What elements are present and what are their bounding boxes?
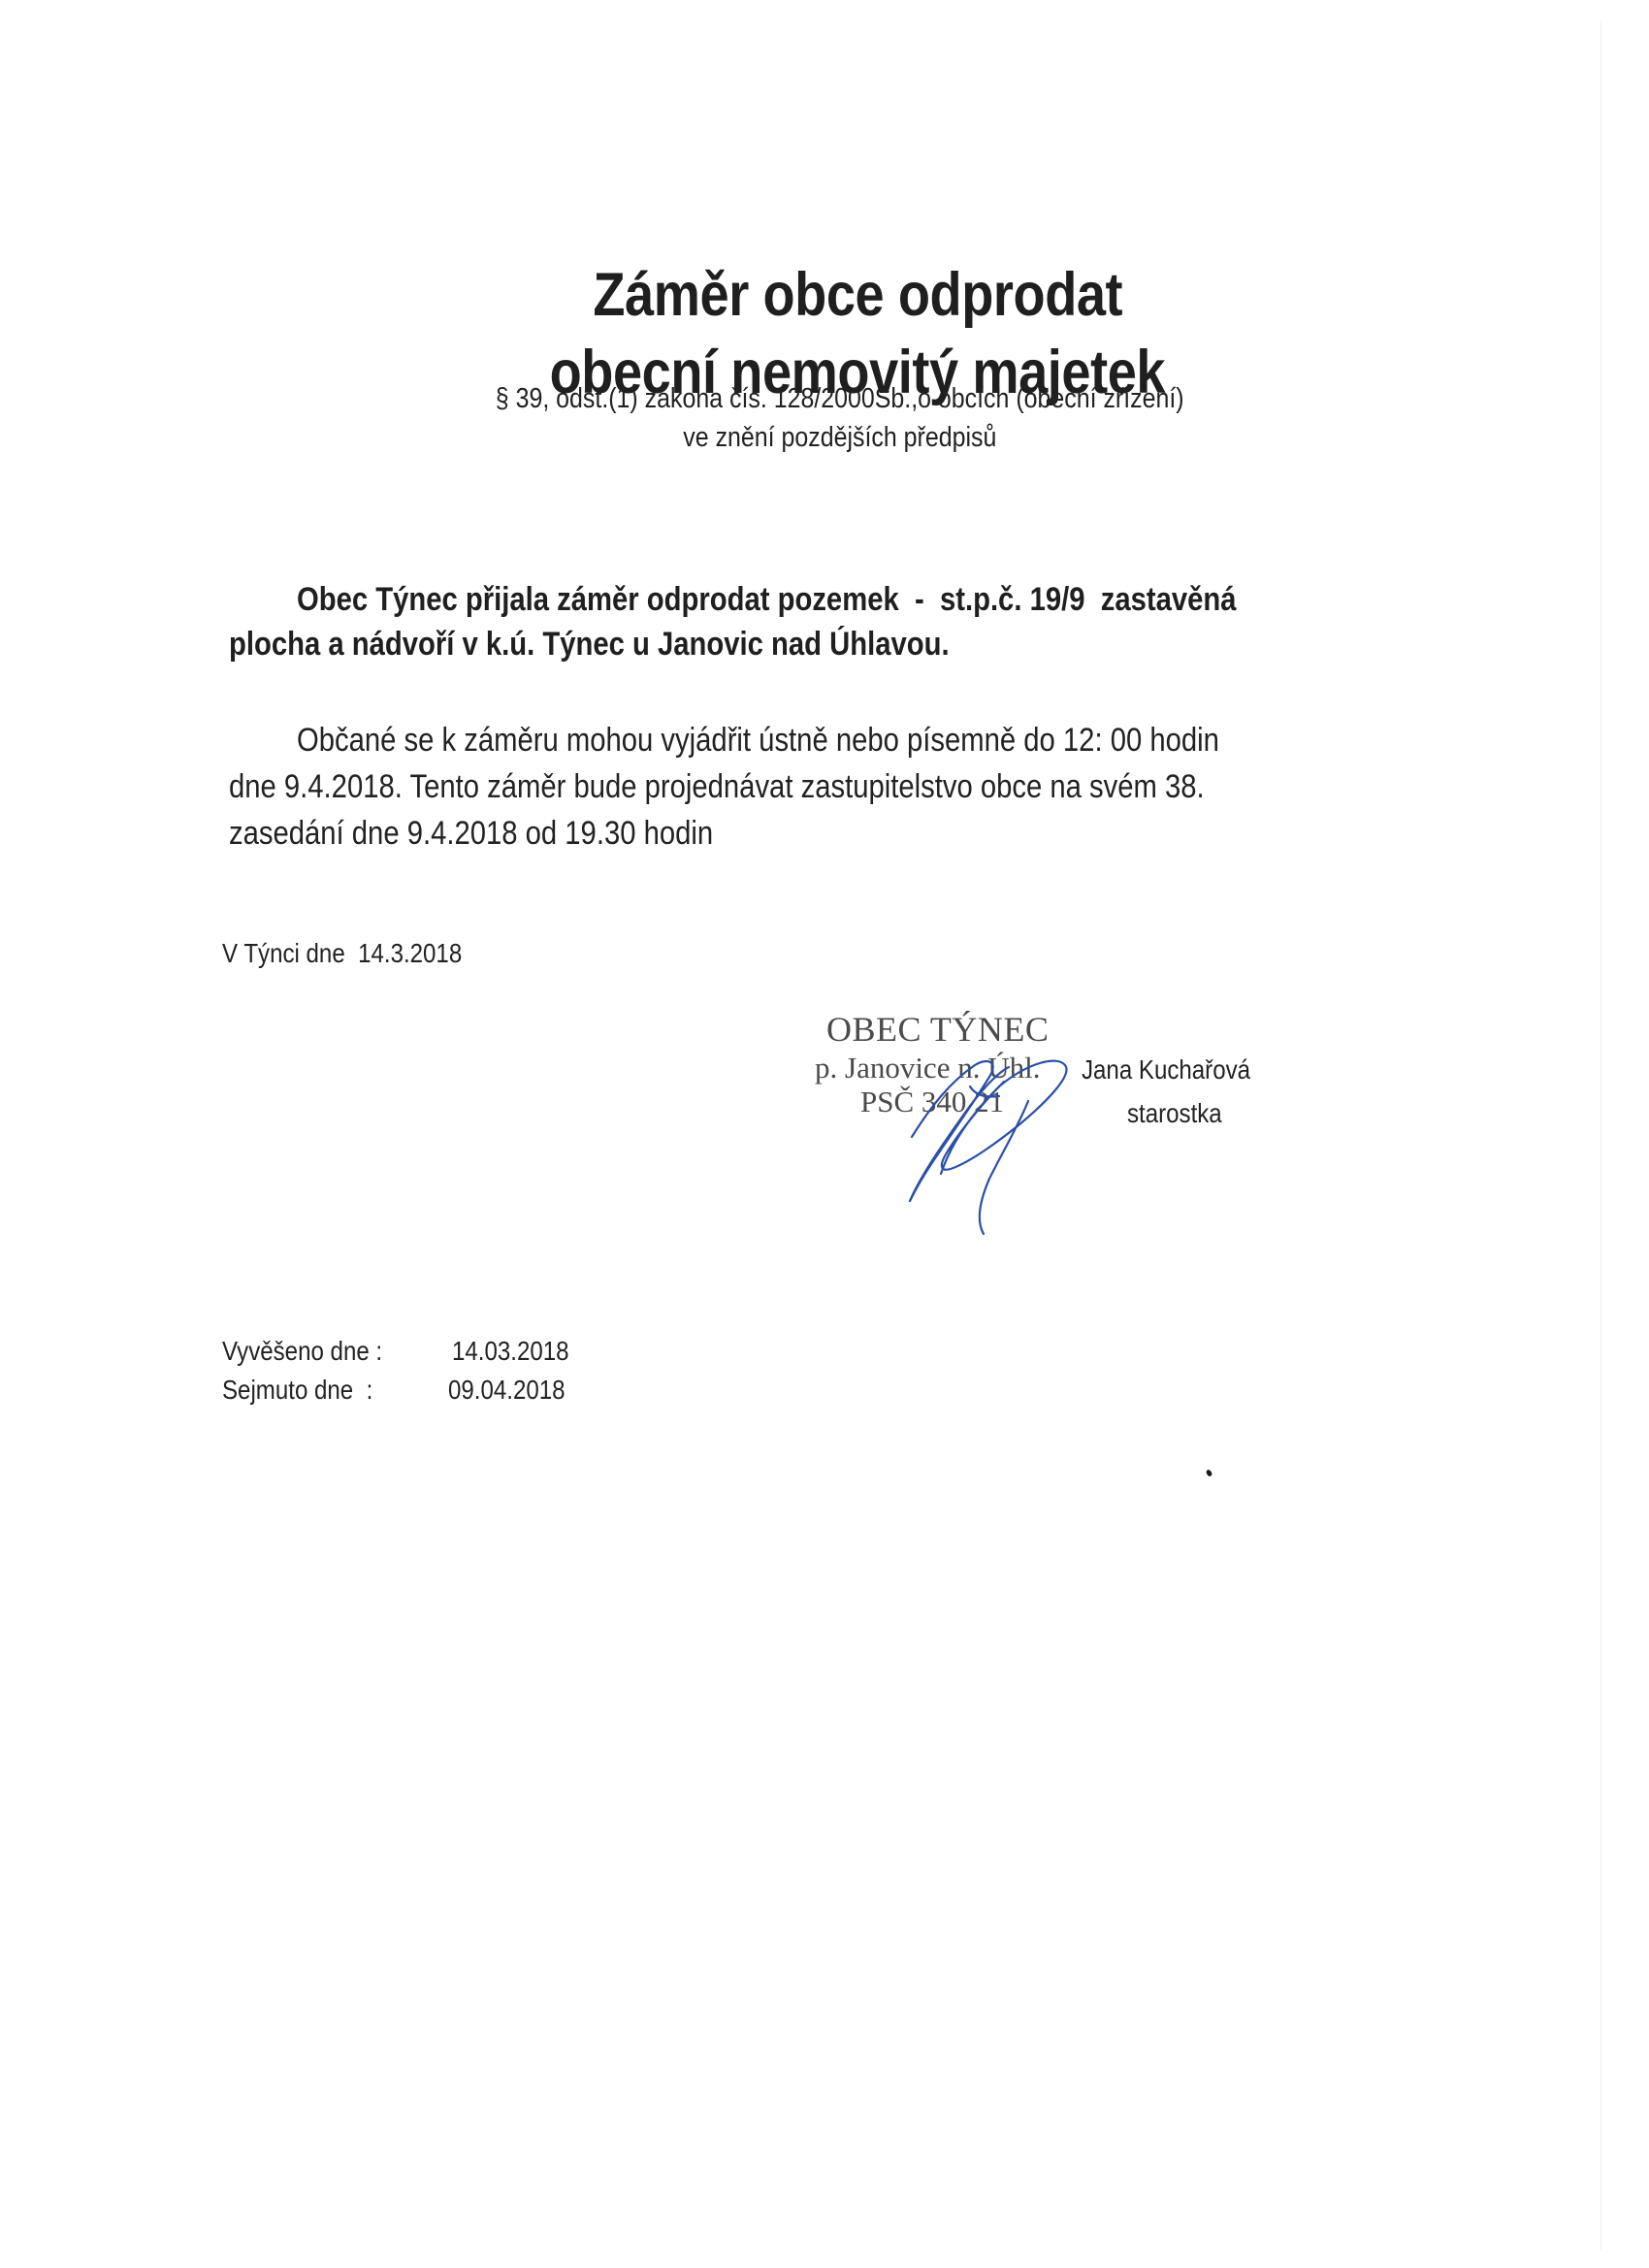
place-date: V Týnci dne 14.3.2018: [192, 904, 501, 1003]
signatory-role: starostka: [1097, 1064, 1238, 1163]
intent-text-2: plocha a nádvoří v k.ú. Týnec u Janovic …: [229, 623, 950, 665]
removed-label: Sejmuto dne :: [192, 1341, 398, 1440]
notice-paragraph-line-3: zasedání dne 9.4.2018 od 19.30 hodin: [192, 769, 792, 897]
removed-date-text: 09.04.2018: [448, 1374, 566, 1407]
scan-speck: [1205, 1469, 1212, 1477]
stamp-line-1: OBEC TÝNEC: [826, 1009, 1049, 1050]
signatory-role-text: starostka: [1127, 1097, 1222, 1130]
removed-date: 09.04.2018: [418, 1341, 584, 1440]
legal-reference-text-2: ve znění pozdějších předpisů: [684, 420, 997, 455]
legal-reference-line-2: ve znění pozdějších předpisů: [0, 385, 1649, 490]
notice-text-3: zasedání dne 9.4.2018 od 19.30 hodin: [229, 812, 713, 855]
document-page: Záměr obce odprodat obecní nemovitý maje…: [0, 0, 1649, 2268]
place-date-text: V Týnci dne 14.3.2018: [222, 937, 462, 970]
removed-label-text: Sejmuto dne :: [222, 1374, 372, 1407]
